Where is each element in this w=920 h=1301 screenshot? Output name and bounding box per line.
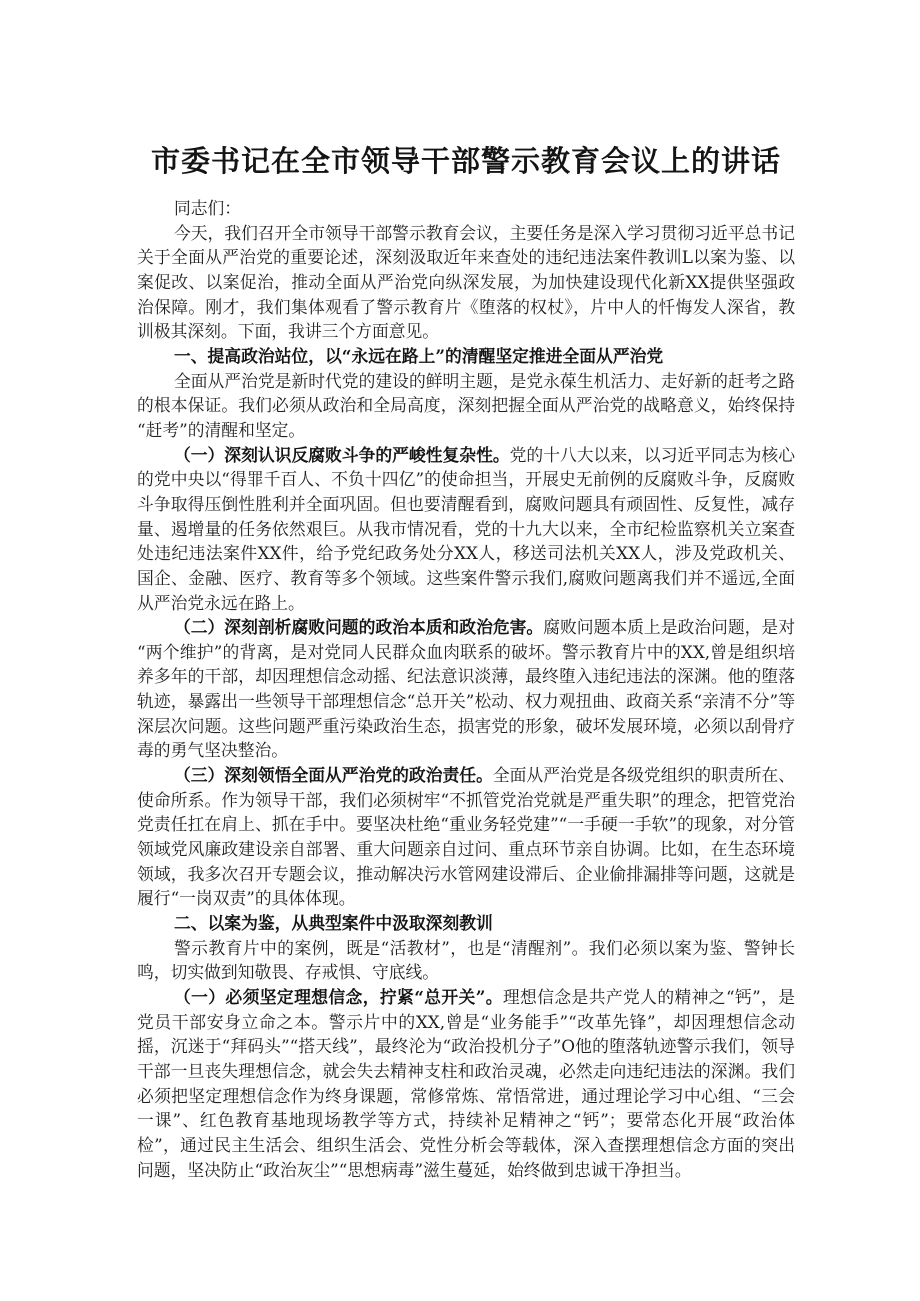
section-2-point-1-text: 理想信念是共产党人的精神之“钙”，是党员干部安身立命之本。警示片中的XX,曾是“… [137,987,795,1180]
section-2-point-1-heading: （一）必须坚定理想信念，拧紧“总开关”。 [174,987,503,1007]
section-1-heading: 一、提高政治站位，以“永远在路上”的清醒坚定推进全面从严治党 [137,344,795,369]
section-1-point-2: （二）深刻剖析腐败问题的政治本质和政治危害。腐败问题本质上是政治问题，是对“两个… [137,615,795,763]
section-1-point-1-text: 党的十八大以来，以习近平同志为核心的党中央以“得罪千百人、不负十四亿”的使命担当… [137,445,795,613]
section-2-heading: 二、以案为鉴，从典型案件中汲取深刻教训 [137,911,795,936]
section-1-point-2-text: 腐败问题本质上是政治问题，是对“两个维护”的背离，是对党同人民群众血肉联系的破坏… [137,617,795,760]
section-1-point-3-text: 全面从严治党是各级党组织的职责所在、使命所系。作为领导干部，我们必须树牢“不抓管… [137,765,795,908]
section-1-point-3-heading: （三）深刻领悟全面从严治党的政治责任。 [174,765,493,785]
section-1-point-1-heading: （一）深刻认识反腐败斗争的严峻性复杂性。 [174,445,510,465]
document-content: 市委书记在全市领导干部警示教育会议上的讲话 同志们： 今天，我们召开全市领导干部… [0,0,920,1182]
section-1-point-2-heading: （二）深刻剖析腐败问题的政治本质和政治危害。 [174,617,543,637]
document-page: 市委书记在全市领导干部警示教育会议上的讲话 同志们： 今天，我们召开全市领导干部… [0,0,920,1301]
section-1-point-1: （一）深刻认识反腐败斗争的严峻性复杂性。党的十八大以来，以习近平同志为核心的党中… [137,443,795,616]
greeting: 同志们： [137,196,795,221]
section-2-overview: 警示教育片中的案例，既是“活教材”，也是“清醒剂”。我们必须以案为鉴、警钟长鸣，… [137,936,795,985]
section-1-overview: 全面从严治党是新时代党的建设的鲜明主题，是党永葆生机活力、走好新的赶考之路的根本… [137,369,795,443]
intro-paragraph: 今天，我们召开全市领导干部警示教育会议，主要任务是深入学习贯彻习近平总书记关于全… [137,221,795,344]
section-2-point-1: （一）必须坚定理想信念，拧紧“总开关”。理想信念是共产党人的精神之“钙”，是党员… [137,985,795,1182]
document-title: 市委书记在全市领导干部警示教育会议上的讲话 [137,144,795,178]
section-1-point-3: （三）深刻领悟全面从严治党的政治责任。全面从严治党是各级党组织的职责所在、使命所… [137,763,795,911]
